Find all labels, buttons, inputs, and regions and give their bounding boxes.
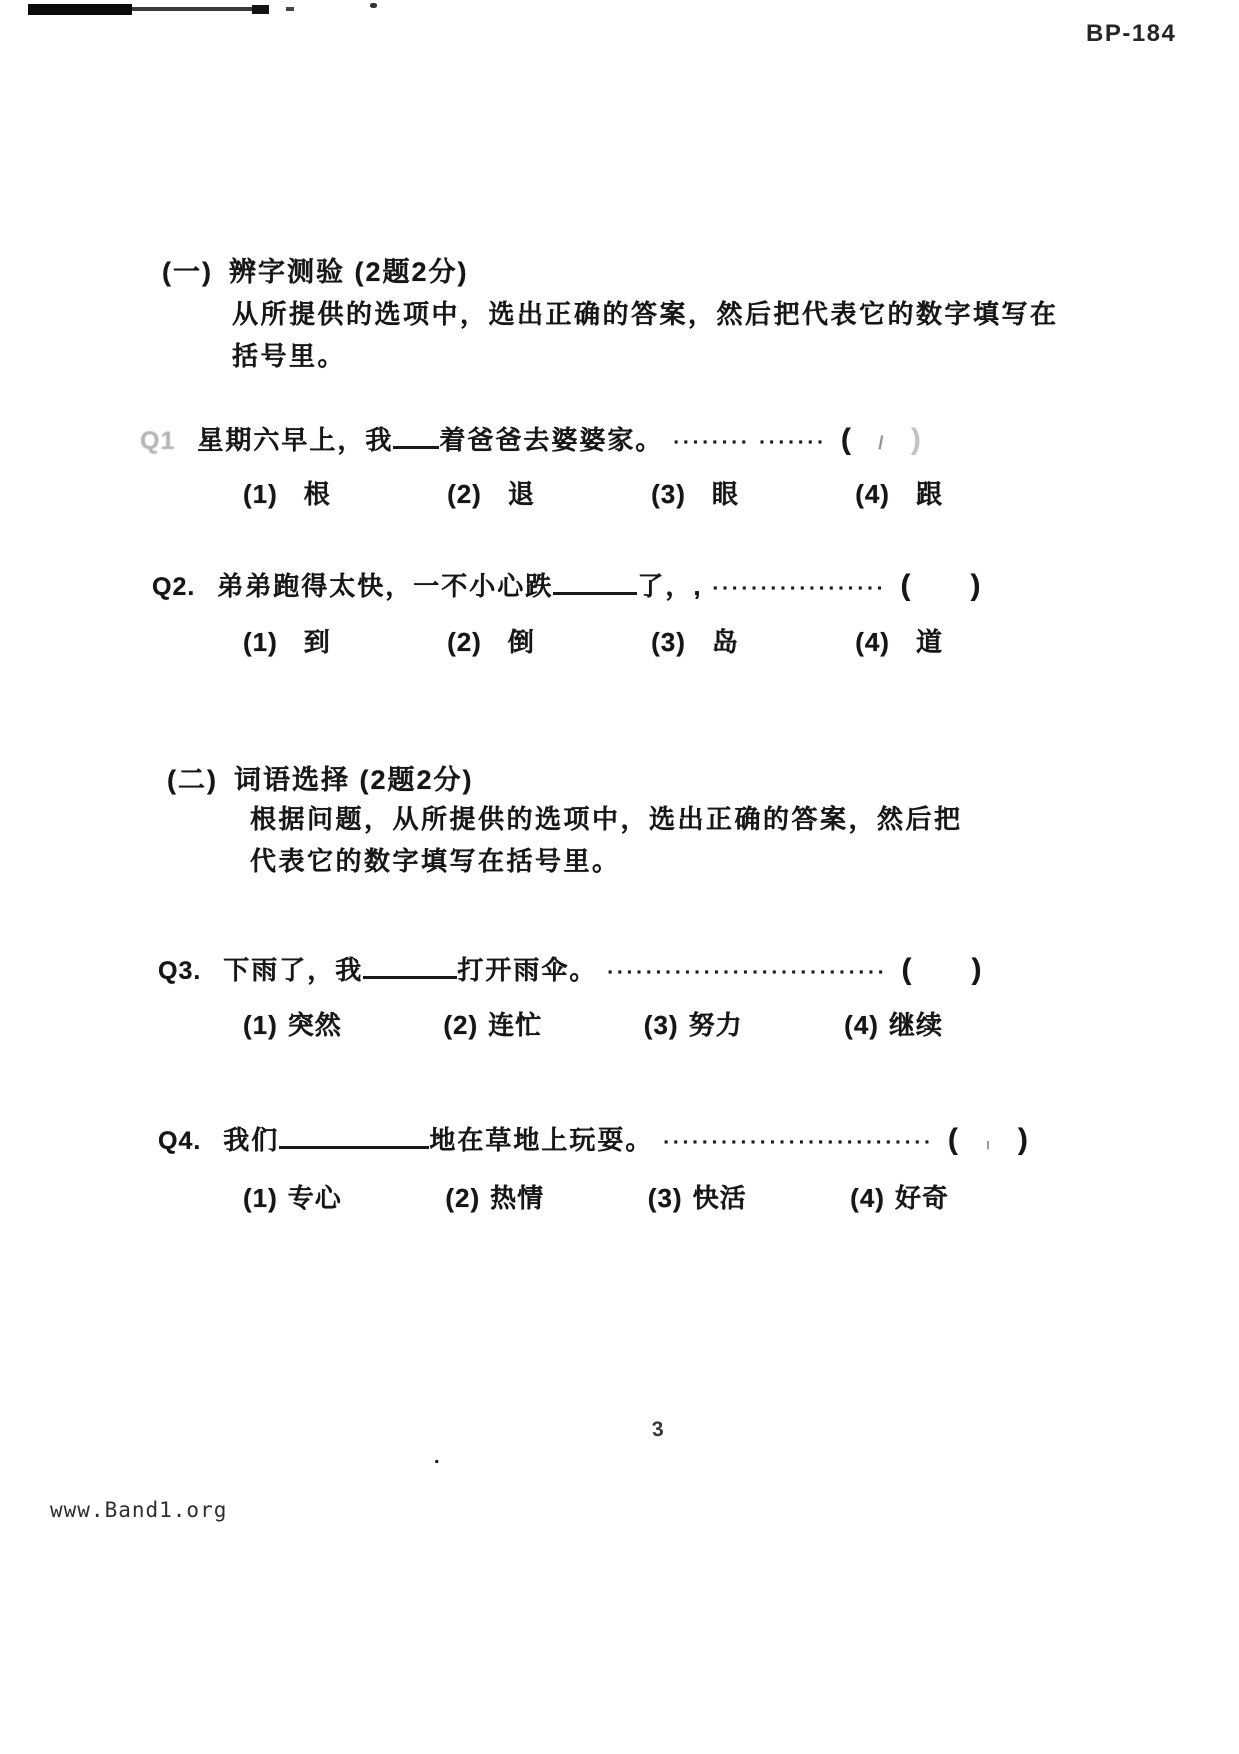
question-3: Q3. 下雨了，我打开雨伞。 ·························… xyxy=(158,950,983,987)
question-3-answer-parens: ( ) xyxy=(901,953,983,987)
question-1-options: (1)根 (2)退 (3)眼 (4)跟 xyxy=(243,474,943,511)
question-1-answer-parens: ( / ) xyxy=(841,423,923,457)
scan-artifact-dot xyxy=(370,3,377,8)
stray-mark: / xyxy=(853,433,911,454)
option-2: (2)连忙 xyxy=(443,1005,542,1042)
scan-artifact-tick xyxy=(286,7,294,11)
option-4: (4)好奇 xyxy=(850,1178,949,1215)
open-paren: ( xyxy=(841,423,853,457)
question-1-answer-blank xyxy=(393,422,439,449)
option-4: (4)继续 xyxy=(844,1005,943,1042)
question-4-stem-post: 地在草地上玩耍。 xyxy=(429,1120,653,1157)
question-2-answer-parens: ( ) xyxy=(900,569,982,603)
open-paren: ( xyxy=(948,1123,960,1157)
question-4-stem-pre: 我们 xyxy=(223,1120,279,1157)
option-3: (3)岛 xyxy=(651,622,739,659)
section2-header: (二) 词语选择 (2题2分) xyxy=(167,758,474,797)
question-2-stem-post: 了，, xyxy=(637,566,702,603)
question-1-stem-pre: 星期六早上，我 xyxy=(197,420,393,457)
question-1-stem-post: 着爸爸去婆婆家。 xyxy=(439,420,663,457)
section2-instructions-line2: 代表它的数字填写在括号里。 xyxy=(250,841,621,878)
section2-number: (二) xyxy=(167,758,218,797)
page-number: 3 xyxy=(651,1418,664,1443)
scan-artifact-blob xyxy=(252,5,269,14)
question-2-label: Q2. xyxy=(152,573,195,602)
dot-leader: ········ ······· xyxy=(673,432,826,455)
section1-number: (一) xyxy=(162,250,213,289)
question-1-label: Q1 xyxy=(140,427,175,456)
section1-title: 辨字测验 (2题2分) xyxy=(229,250,469,289)
close-paren: ) xyxy=(970,569,982,603)
scan-artifact-line xyxy=(132,7,252,11)
option-1: (1)根 xyxy=(243,474,331,511)
dot-leader: ·················· xyxy=(713,578,887,601)
option-3: (3)眼 xyxy=(651,474,739,511)
question-4-answer-parens: ( ₗ ) xyxy=(948,1123,1030,1157)
question-4-options: (1)专心 (2)热情 (3)快活 (4)好奇 xyxy=(243,1178,949,1215)
dot-leader: ···························· xyxy=(663,1132,933,1155)
scanned-exam-page: BP-184 (一) 辨字测验 (2题2分) 从所提供的选项中，选出正确的答案，… xyxy=(0,0,1239,1754)
footer-watermark-url: www.Band1.org xyxy=(50,1498,227,1522)
question-4: Q4. 我们地在草地上玩耍。 ·························… xyxy=(158,1120,1030,1157)
option-2: (2)热情 xyxy=(445,1178,544,1215)
section1-instructions-line1: 从所提供的选项中，选出正确的答案，然后把代表它的数字填写在 xyxy=(232,294,1059,331)
question-2-answer-blank xyxy=(553,568,637,595)
option-2: (2)倒 xyxy=(447,622,535,659)
paper-code: BP-184 xyxy=(1086,20,1176,48)
scan-artifact-bar xyxy=(28,4,132,15)
question-2-stem-pre: 弟弟跑得太快，一不小心跌 xyxy=(217,566,553,603)
option-1: (1)突然 xyxy=(243,1005,342,1042)
close-paren: ) xyxy=(971,953,983,987)
section2-title: 词语选择 (2题2分) xyxy=(234,758,474,797)
option-4: (4)道 xyxy=(855,622,943,659)
close-paren: ) xyxy=(911,423,923,457)
option-4: (4)跟 xyxy=(855,474,943,511)
open-paren: ( xyxy=(900,569,912,603)
question-2: Q2. 弟弟跑得太快，一不小心跌了，, ·················· (… xyxy=(152,566,982,603)
question-3-label: Q3. xyxy=(158,957,201,986)
option-2: (2)退 xyxy=(447,474,535,511)
question-3-stem-pre: 下雨了，我 xyxy=(223,950,363,987)
open-paren: ( xyxy=(901,953,913,987)
option-1: (1)专心 xyxy=(243,1178,342,1215)
question-3-options: (1)突然 (2)连忙 (3)努力 (4)继续 xyxy=(243,1005,943,1042)
option-3: (3)努力 xyxy=(644,1005,743,1042)
option-3: (3)快活 xyxy=(648,1178,747,1215)
question-2-options: (1)到 (2)倒 (3)岛 (4)道 xyxy=(243,622,943,659)
stray-mark: ₗ xyxy=(960,1133,1018,1154)
question-4-answer-blank xyxy=(279,1122,429,1149)
close-paren: ) xyxy=(1018,1123,1030,1157)
question-4-label: Q4. xyxy=(158,1127,201,1156)
dot-leader: ····························· xyxy=(607,962,887,985)
section1-instructions-line2: 括号里。 xyxy=(232,336,346,373)
option-1: (1)到 xyxy=(243,622,331,659)
section1-header: (一) 辨字测验 (2题2分) xyxy=(162,250,469,289)
question-3-answer-blank xyxy=(363,952,457,979)
stray-period: . xyxy=(434,1446,440,1469)
section2-instructions-line1: 根据问题，从所提供的选项中，选出正确的答案，然后把 xyxy=(250,799,963,836)
question-1: Q1 星期六早上，我着爸爸去婆婆家。 ········ ······· ( / … xyxy=(140,420,923,457)
question-3-stem-post: 打开雨伞。 xyxy=(457,950,597,987)
